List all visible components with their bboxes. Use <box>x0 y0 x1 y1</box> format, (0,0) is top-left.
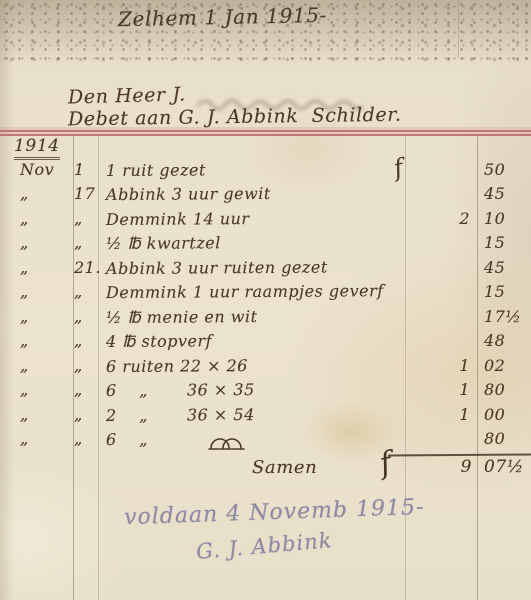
description-cell: 6 „ 36 × 35 <box>106 379 406 400</box>
description-cell: ½ ℔ kwartzel <box>106 232 406 253</box>
cents-cell: 45 <box>484 258 528 277</box>
table-row: „ „ ½ ℔ menie en wit 17½ <box>0 307 531 331</box>
signature: G. J. Abbink <box>195 528 333 564</box>
month-cell: „ <box>20 356 70 375</box>
description-cell: 4 ℔ stopverf <box>106 330 406 351</box>
day-cell: 1 <box>74 160 102 179</box>
cents-cell: 45 <box>484 184 528 203</box>
description-cell: 6 „ <box>106 428 406 449</box>
table-row: Nov 1 1 ruit gezet f 50 <box>0 160 531 184</box>
month-cell: „ <box>20 184 70 203</box>
day-cell: „ <box>74 356 102 375</box>
day-cell: 17 <box>74 184 102 203</box>
day-cell: „ <box>74 429 102 448</box>
day-cell: „ <box>74 233 102 252</box>
total-sum-rule <box>388 454 531 457</box>
description-cell: Abbink 3 uur gewit <box>106 183 406 204</box>
month-cell: „ <box>20 258 70 277</box>
guilders-cell: 2 <box>408 209 470 228</box>
month-cell: „ <box>20 429 70 448</box>
addressee-line: Den Heer J. <box>68 83 186 108</box>
guilders-cell: 1 <box>408 405 470 424</box>
description-cell: Abbink 3 uur ruiten gezet <box>106 257 406 278</box>
cents-cell: 80 <box>484 380 528 399</box>
table-row: „ „ 6 „ 36 × 35 1 80 <box>0 380 531 404</box>
day-cell: „ <box>74 307 102 326</box>
day-cell: „ <box>74 380 102 399</box>
top-right-crease-line <box>458 0 459 58</box>
day-cell: 21. <box>74 258 102 277</box>
table-row: „ „ 2 „ 36 × 54 1 00 <box>0 405 531 429</box>
cents-cell: 15 <box>484 233 528 252</box>
total-cents: 07½ <box>484 457 524 477</box>
total-guilders: 9 <box>442 457 472 477</box>
paid-note: voldaan 4 Novemb 1915- <box>124 495 425 530</box>
month-cell: „ <box>20 405 70 424</box>
guilders-cell: 1 <box>408 356 470 375</box>
year-label: 1914 <box>14 136 60 160</box>
month-cell: „ <box>20 282 70 301</box>
table-row: „ „ ½ ℔ kwartzel 15 <box>0 233 531 257</box>
table-row: „ „ Demmink 14 uur 2 10 <box>0 209 531 233</box>
month-cell: „ <box>20 331 70 350</box>
cents-cell: 15 <box>484 282 528 301</box>
cents-cell: 48 <box>484 331 528 350</box>
arched-window-sketch <box>208 432 250 452</box>
description-cell: 1 ruit gezet <box>106 159 406 180</box>
month-cell: Nov <box>20 160 70 179</box>
table-row: „ 21. Abbink 3 uur ruiten gezet 45 <box>0 258 531 282</box>
red-rule-bottom <box>0 134 531 136</box>
scanned-invoice-document: Zelhem 1 Jan 1915- Den Heer J. Debet aan… <box>0 0 531 600</box>
guilders-cell: 1 <box>408 380 470 399</box>
table-row: „ 17 Abbink 3 uur gewit 45 <box>0 184 531 208</box>
month-cell: „ <box>20 380 70 399</box>
day-cell: „ <box>74 209 102 228</box>
month-cell: „ <box>20 233 70 252</box>
description-cell: Demmink 14 uur <box>106 208 406 229</box>
cents-cell: 02 <box>484 356 528 375</box>
month-cell: „ <box>20 209 70 228</box>
table-row: „ „ Demmink 1 uur raampjes geverf 15 <box>0 282 531 306</box>
table-row: „ „ 6 „ 80 <box>0 429 531 453</box>
description-cell: ½ ℔ menie en wit <box>106 306 406 327</box>
description-cell: 6 ruiten 22 × 26 <box>106 355 406 376</box>
place-date-header: Zelhem 1 Jan 1915- <box>118 3 327 31</box>
table-row: „ „ 6 ruiten 22 × 26 1 02 <box>0 356 531 380</box>
description-cell: 2 „ 36 × 54 <box>106 404 406 425</box>
cents-cell: 10 <box>484 209 528 228</box>
day-cell: „ <box>74 331 102 350</box>
month-cell: „ <box>20 307 70 326</box>
day-cell: „ <box>74 282 102 301</box>
table-row: „ „ 4 ℔ stopverf 48 <box>0 331 531 355</box>
cents-cell: 80 <box>484 429 528 448</box>
cents-cell: 50 <box>484 160 528 179</box>
total-label: Samen <box>252 457 317 478</box>
cents-cell: 17½ <box>484 307 528 326</box>
cents-cell: 00 <box>484 405 528 424</box>
description-cell: Demmink 1 uur raampjes geverf <box>106 281 406 302</box>
red-rule-top <box>0 130 531 132</box>
day-cell: „ <box>74 405 102 424</box>
